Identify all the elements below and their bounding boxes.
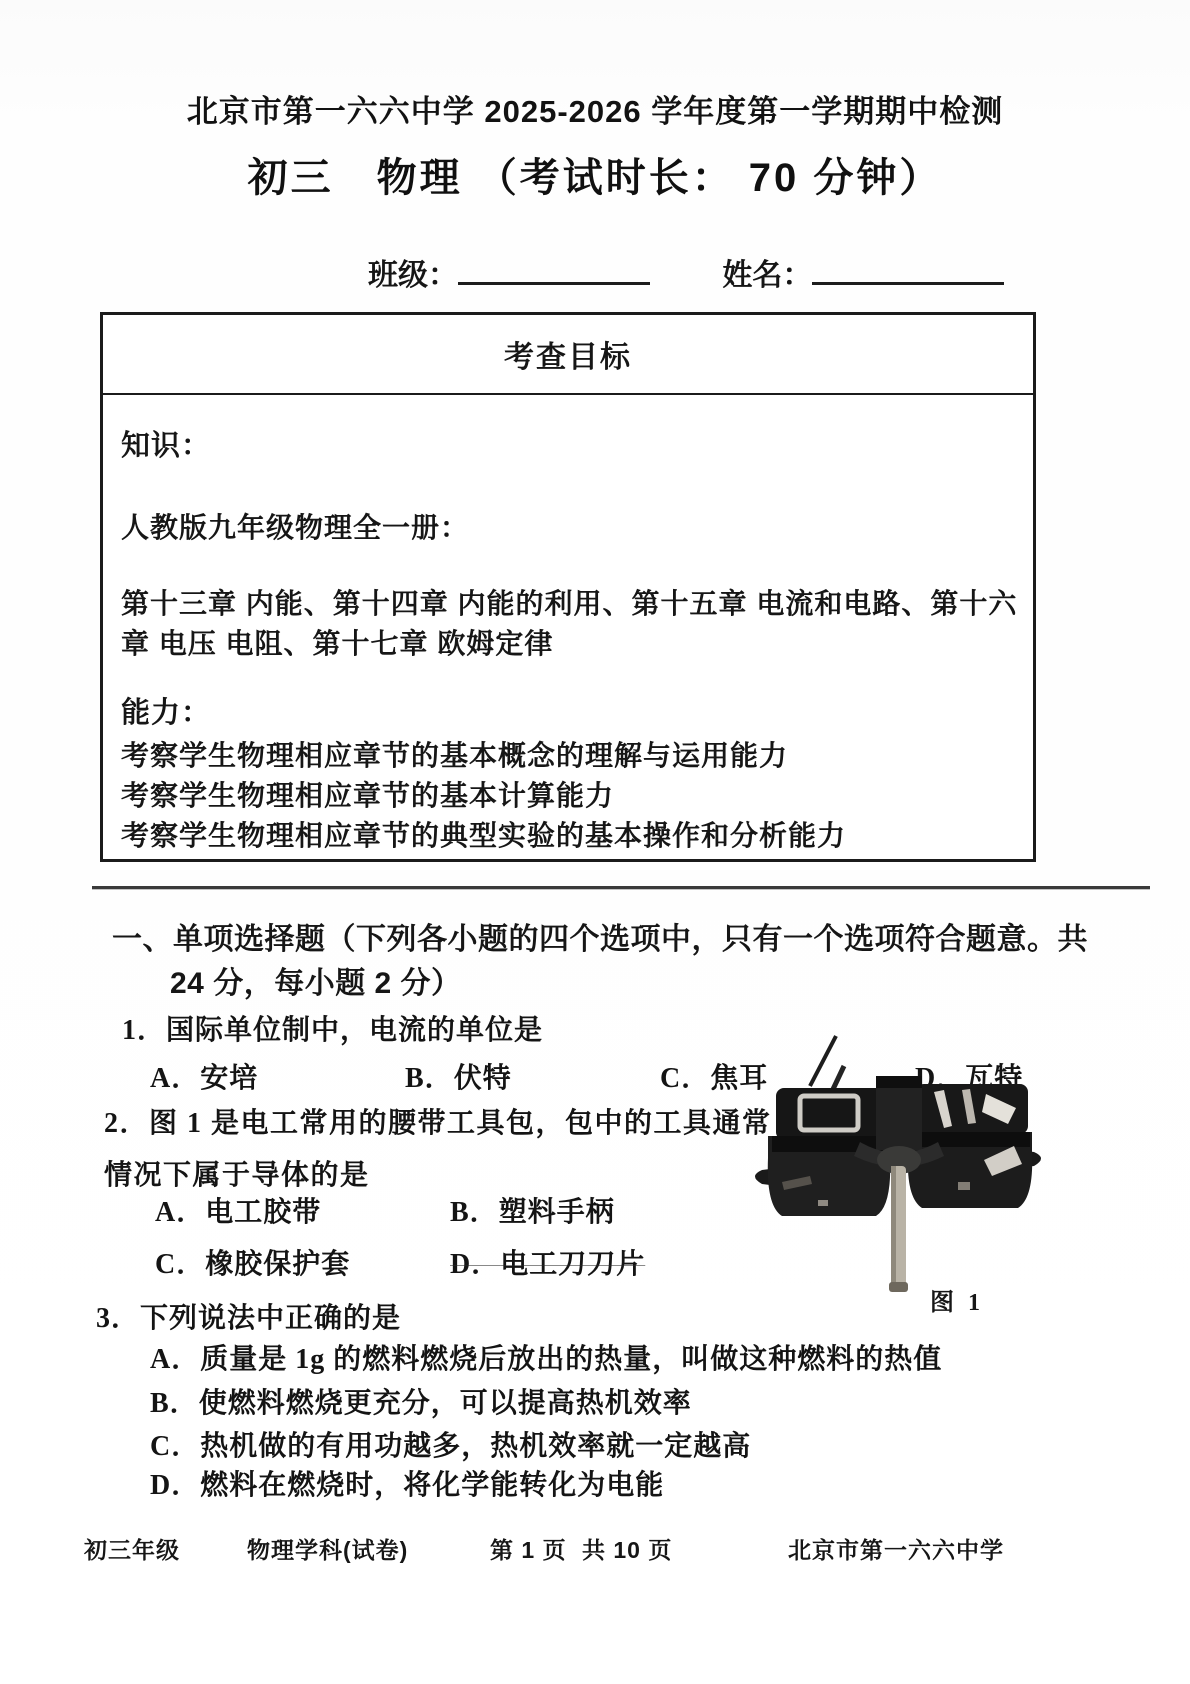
question-2-option-d: D．电工刀刀片 [450, 1242, 745, 1282]
question-3-option-a: A．质量是 1g 的燃料燃烧后放出的热量，叫做这种燃料的热值 [150, 1337, 1090, 1377]
option-text: 使燃料燃烧更充分，可以提高热机效率 [199, 1388, 692, 1419]
footer-page-total: 共 10 页 [582, 1532, 672, 1565]
exam-subtitle: 初三 物理 （考试时长： 70 分钟） [0, 146, 1190, 203]
footer-subject: 物理学科(试卷) [247, 1532, 408, 1565]
option-label: D． [150, 1470, 200, 1501]
footer-grade: 初三年级 [84, 1532, 180, 1565]
exam-objectives-box: 考查目标 知识： 人教版九年级物理全一册： 第十三章 内能、第十四章 内能的利用… [100, 312, 1036, 862]
option-text: 安培 [200, 1063, 258, 1094]
class-blank-line [458, 255, 650, 285]
question-3-option-d: D．燃料在燃烧时，将化学能转化为电能 [150, 1463, 1090, 1503]
question-2-text: 图 1 是电工常用的腰带工具包，包中的工具通常情况下属于导体的是 [104, 1108, 772, 1191]
option-label: D． [450, 1249, 500, 1280]
option-label: C． [660, 1063, 710, 1094]
question-1-number: 1． [122, 1008, 166, 1048]
class-label: 班级： [368, 259, 458, 292]
option-text: 电工刀刀片 [500, 1249, 645, 1280]
option-text: 热机做的有用功越多，热机效率就一定越高 [200, 1431, 751, 1462]
option-label: C． [150, 1431, 200, 1462]
question-2: 2．图 1 是电工常用的腰带工具包，包中的工具通常情况下属于导体的是 [104, 1098, 776, 1202]
option-text: 电工胶带 [205, 1197, 321, 1228]
ability-line: 考察学生物理相应章节的典型实验的基本操作和分析能力 [121, 820, 1015, 851]
question-3-number: 3． [96, 1296, 140, 1336]
option-label: B． [150, 1388, 199, 1419]
option-label: C． [155, 1249, 205, 1280]
exam-title: 北京市第一六六中学 2025-2026 学年度第一学期期中检测 [0, 86, 1190, 131]
question-3-option-c: C．热机做的有用功越多，热机效率就一定越高 [150, 1424, 1090, 1464]
textbook-line: 人教版九年级物理全一册： [121, 506, 1015, 546]
option-label: A． [150, 1063, 200, 1094]
question-2-options-row-1: A．电工胶带 B．塑料手柄 [155, 1190, 795, 1230]
option-text: 燃料在燃烧时，将化学能转化为电能 [200, 1470, 664, 1501]
option-text: 伏特 [454, 1063, 512, 1094]
knowledge-label: 知识： [121, 423, 1015, 464]
option-label: B． [450, 1197, 499, 1228]
objectives-box-title: 考查目标 [103, 315, 1033, 395]
tool-belt-illustration [748, 1032, 1048, 1294]
ability-label: 能力： [121, 690, 1015, 731]
student-info-row: 班级： 姓名： [368, 250, 1004, 294]
exam-paper-page: { "header": { "title": "北京市第一六六中学 2025-2… [0, 0, 1190, 1684]
option-text: 塑料手柄 [499, 1197, 615, 1228]
chapters-line: 第十三章 内能、第十四章 内能的利用、第十五章 电流和电路、第十六章 电压 电阻… [121, 584, 1026, 664]
section-1-heading: 一、单项选择题（下列各小题的四个选项中，只有一个选项符合题意。共 24 分，每小… [112, 918, 1112, 1006]
ability-line: 考察学生物理相应章节的基本概念的理解与运用能力 [121, 740, 1015, 771]
question-2-number: 2． [104, 1098, 149, 1150]
ability-line: 考察学生物理相应章节的基本计算能力 [121, 780, 1015, 811]
figure1-image [748, 1032, 1048, 1294]
footer-page-number: 第 1 页 [490, 1532, 567, 1565]
footer-school-name: 北京市第一六六中学 [788, 1532, 1004, 1565]
question-1-option-b: B．伏特 [405, 1056, 660, 1096]
page-footer: 初三年级 物理学科(试卷) 第 1 页 共 10 页 北京市第一六六中学 [0, 1532, 1190, 1572]
question-3-text: 下列说法中正确的是 [140, 1303, 401, 1334]
option-text: 质量是 1g 的燃料燃烧后放出的热量，叫做这种燃料的热值 [200, 1344, 942, 1375]
question-3-option-b: B．使燃料燃烧更充分，可以提高热机效率 [150, 1381, 1090, 1421]
option-text: 橡胶保护套 [205, 1249, 350, 1280]
name-label: 姓名： [722, 259, 812, 292]
option-label: B． [405, 1063, 454, 1094]
question-2-option-b: B．塑料手柄 [450, 1190, 745, 1230]
option-label: A． [150, 1344, 200, 1375]
question-3: 3．下列说法中正确的是 [96, 1296, 996, 1336]
question-2-options-row-2: C．橡胶保护套 D．电工刀刀片 [155, 1242, 795, 1282]
option-label: A． [155, 1197, 205, 1228]
question-2-option-a: A．电工胶带 [155, 1190, 450, 1230]
name-blank-line [812, 255, 1004, 285]
question-1-option-a: A．安培 [150, 1056, 405, 1096]
question-1-text: 国际单位制中，电流的单位是 [166, 1015, 543, 1046]
horizontal-rule [92, 886, 1150, 889]
question-2-option-c: C．橡胶保护套 [155, 1242, 450, 1282]
